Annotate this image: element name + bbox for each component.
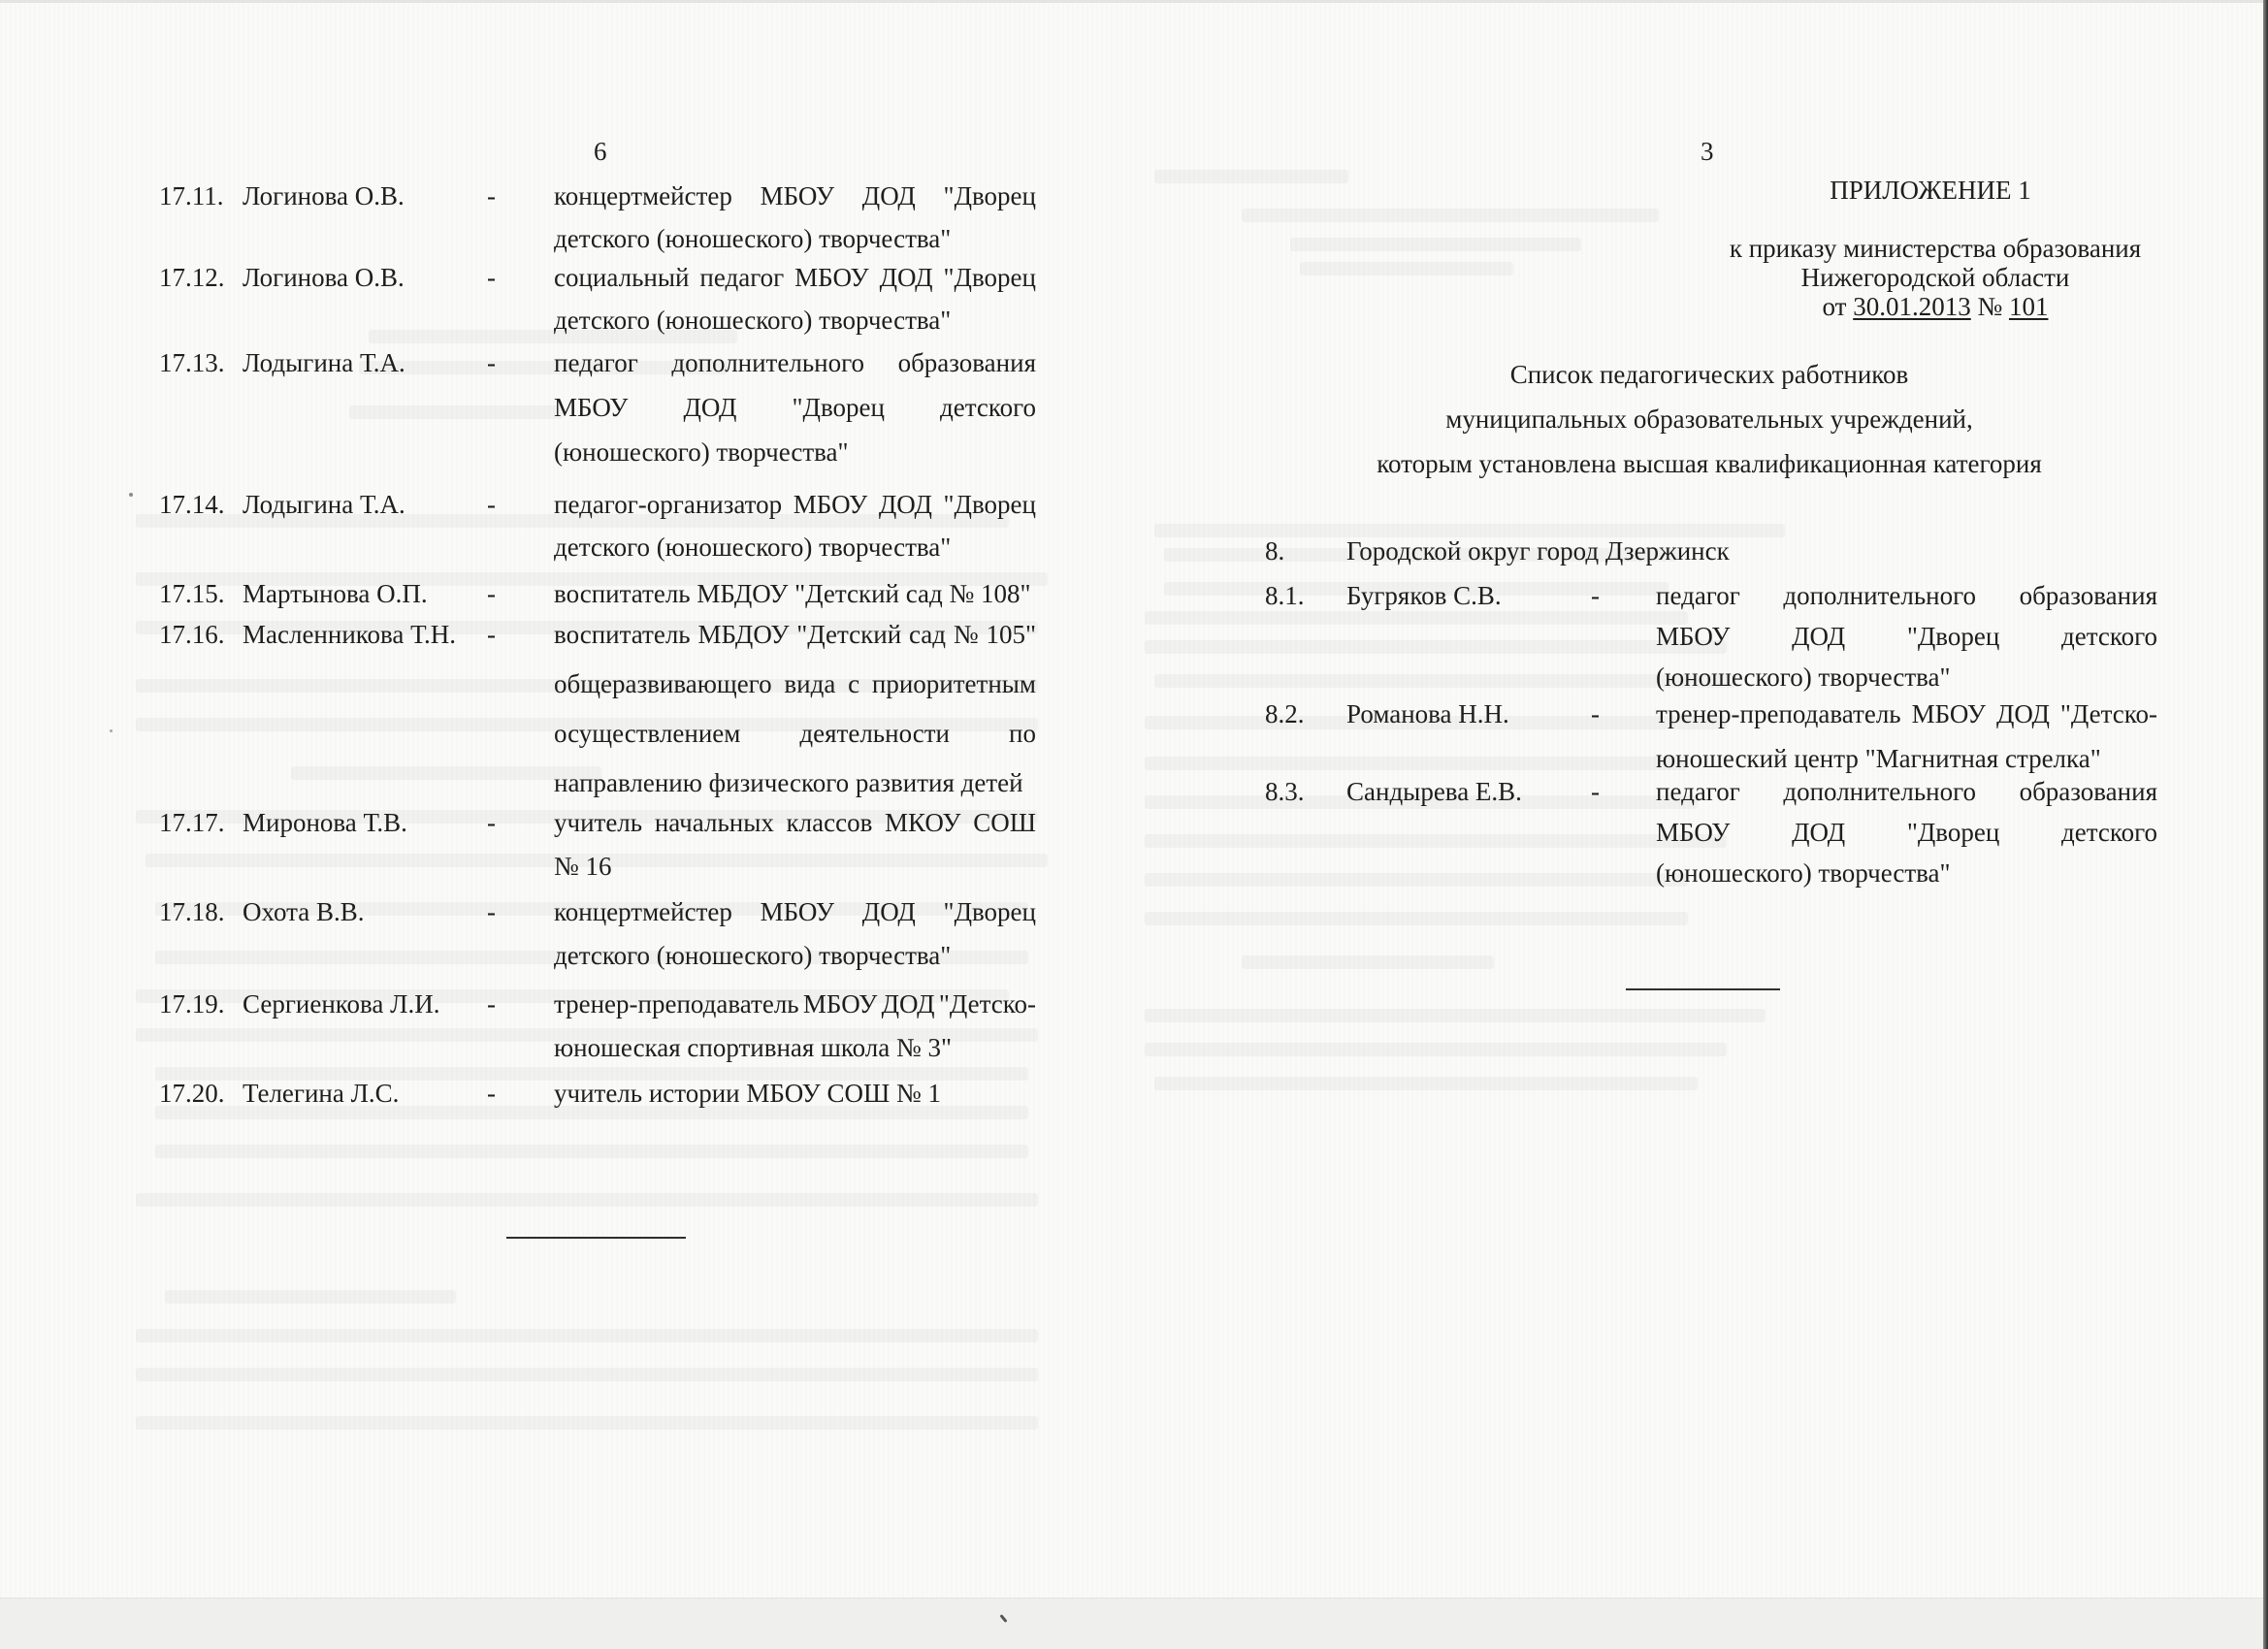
entry-person-name: Романова Н.Н.: [1346, 698, 1509, 729]
description-line: осуществлениемдеятельностипо: [554, 718, 1036, 749]
description-word: начальных: [655, 807, 774, 838]
description-word: деятельности: [799, 718, 950, 749]
description-word: с: [848, 668, 859, 699]
description-word: МБОУ: [1656, 621, 1730, 652]
description-line: педагогдополнительногообразования: [554, 347, 1036, 378]
description-line: воспитательМБДОУ"Детскийсад№105": [554, 619, 1036, 650]
scan-speck: [129, 493, 133, 497]
description-word: детского: [940, 392, 1036, 423]
description-word: ДОД: [880, 262, 933, 293]
entry-dash: -: [1591, 776, 1600, 807]
description-line: педагогдополнительногообразования: [1656, 580, 2157, 611]
ghost-line: [165, 1290, 456, 1304]
description-word: тренер-преподаватель: [1656, 698, 1901, 729]
ghost-line: [136, 1368, 1038, 1381]
description-word: "Дворец: [793, 392, 885, 423]
entry-number: 8.2.: [1265, 698, 1305, 729]
ghost-line: [1242, 209, 1659, 222]
entry-dash: -: [487, 619, 496, 650]
list-title-line2: муниципальных образовательных учреждений…: [1445, 404, 1973, 435]
entry-person-name: Мартынова О.П.: [243, 578, 428, 609]
entry-number: 17.20.: [159, 1078, 225, 1109]
description-word: вида: [784, 668, 835, 699]
description-word: "Дворец: [1907, 817, 1999, 848]
description-line: общеразвивающеговидасприоритетным: [554, 668, 1036, 699]
entry-person-name: Масленникова Т.Н.: [243, 619, 456, 650]
description-word: по: [1009, 718, 1036, 749]
ghost-line: [136, 1193, 1038, 1207]
description-word: концертмейстер: [554, 180, 732, 211]
ghost-line: [1154, 170, 1348, 183]
description-word: педагог: [699, 262, 784, 293]
description-word: образования: [2020, 776, 2157, 807]
description-word: ДОД: [879, 489, 932, 520]
entry-dash: -: [487, 896, 496, 927]
description-word: МБОУ: [554, 392, 628, 423]
list-title-line3: которым установлена высшая квалификацион…: [1377, 448, 2042, 479]
description-word: МБОУ: [794, 262, 868, 293]
order-prefix: от: [1823, 292, 1847, 321]
entry-person-name: Телегина Л.С.: [243, 1078, 399, 1109]
description-line: МБОУДОД"Дворецдетского: [554, 392, 1036, 423]
appendix-title: ПРИЛОЖЕНИЕ 1: [1830, 175, 2031, 206]
entry-dash: -: [487, 180, 496, 211]
description-line: детского (юношеского) творчества": [554, 532, 951, 563]
entry-number: 17.14.: [159, 489, 225, 520]
ghost-line: [1145, 611, 1688, 625]
description-word: 105": [986, 619, 1036, 650]
description-word: классов: [787, 807, 873, 838]
description-line: юношеский центр "Магнитная стрелка": [1656, 743, 2101, 774]
description-word: МКОУ: [885, 807, 960, 838]
entry-dash: -: [1591, 698, 1600, 729]
sheet-top-edge: [0, 0, 2263, 3]
left-page-number: 6: [594, 136, 607, 167]
description-word: ДОД: [882, 988, 935, 1019]
ghost-line: [1242, 955, 1494, 969]
entry-person-name: Сандырева Е.В.: [1346, 776, 1522, 807]
order-reference-line1: к приказу министерства образования: [1730, 233, 2141, 264]
ghost-line: [1145, 1009, 1766, 1022]
description-line: детского (юношеского) творчества": [554, 223, 951, 254]
description-word: педагог: [1656, 580, 1740, 611]
ghost-line: [1145, 873, 1688, 887]
ghost-line: [1145, 757, 1688, 770]
entry-number: 17.11.: [159, 180, 224, 211]
description-word: образования: [2020, 580, 2157, 611]
description-line: воспитатель МБДОУ "Детский сад № 108": [554, 578, 1031, 609]
description-word: концертмейстер: [554, 896, 732, 927]
description-line: детского (юношеского) творчества": [554, 940, 951, 971]
left-end-divider: [506, 1237, 686, 1239]
entry-number: 8.1.: [1265, 580, 1305, 611]
ghost-line: [1145, 834, 1727, 848]
description-word: дополнительного: [1783, 776, 1976, 807]
description-word: социальный: [554, 262, 689, 293]
description-line: направлению физического развития детей: [554, 767, 1023, 798]
description-word: ДОД: [683, 392, 736, 423]
description-word: общеразвивающего: [554, 668, 772, 699]
scanner-bottom-band: [0, 1598, 2263, 1649]
entry-number: 17.18.: [159, 896, 225, 927]
entry-person-name: Миронова Т.В.: [243, 807, 407, 838]
section-title: Городской округ город Дзержинск: [1346, 535, 1730, 566]
list-title-line1: Список педагогических работников: [1510, 359, 1909, 390]
entry-person-name: Охота В.В.: [243, 896, 365, 927]
scan-speck: [110, 729, 113, 732]
description-line: учительначальныхклассовМКОУСОШ: [554, 807, 1036, 838]
order-number-sign: №: [1977, 292, 2002, 321]
entry-person-name: Сергиенкова Л.И.: [243, 988, 439, 1019]
entry-person-name: Бугряков С.В.: [1346, 580, 1502, 611]
description-word: ДОД: [862, 896, 916, 927]
ghost-line: [1145, 1043, 1727, 1056]
description-word: "Дворец: [944, 896, 1036, 927]
description-word: "Дворец: [944, 489, 1036, 520]
description-word: детского: [2061, 817, 2157, 848]
entry-number: 17.12.: [159, 262, 225, 293]
entry-person-name: Логинова О.В.: [243, 180, 405, 211]
description-word: МБОУ: [1656, 817, 1730, 848]
description-word: ДОД: [1792, 817, 1845, 848]
entry-number: 17.17.: [159, 807, 225, 838]
description-word: "Дворец: [944, 262, 1036, 293]
description-line: юношеская спортивная школа № 3": [554, 1032, 952, 1063]
description-word: педагог-организатор: [554, 489, 782, 520]
description-word: приоритетным: [872, 668, 1036, 699]
description-line: МБОУДОД"Дворецдетского: [1656, 621, 2157, 652]
entry-person-name: Лодыгина Т.А.: [243, 347, 405, 378]
description-word: МБОУ: [761, 180, 834, 211]
description-word: учитель: [554, 807, 642, 838]
entry-dash: -: [487, 489, 496, 520]
description-line: учитель истории МБОУ СОШ № 1: [554, 1078, 941, 1109]
ghost-line: [1300, 262, 1513, 275]
description-word: МБОУ: [803, 988, 877, 1019]
description-line: концертмейстерМБОУДОД"Дворец: [554, 180, 1036, 211]
description-word: ДОД: [862, 180, 916, 211]
ghost-line: [1154, 674, 1736, 688]
entry-dash: -: [487, 807, 496, 838]
description-line: (юношеского) творчества": [1656, 662, 1951, 693]
description-word: МБОУ: [761, 896, 834, 927]
description-line: МБОУДОД"Дворецдетского: [1656, 817, 2157, 848]
description-word: образования: [898, 347, 1036, 378]
entry-dash: -: [487, 578, 496, 609]
entry-dash: -: [487, 347, 496, 378]
ghost-line: [155, 1145, 1028, 1158]
description-word: МБОУ: [794, 489, 867, 520]
right-page-number: 3: [1701, 136, 1714, 167]
description-word: ДОД: [1792, 621, 1845, 652]
entry-dash: -: [487, 988, 496, 1019]
description-word: ДОД: [1996, 698, 2050, 729]
description-line: детского (юношеского) творчества": [554, 305, 951, 336]
description-word: "Дворец: [944, 180, 1036, 211]
ghost-line: [349, 405, 563, 419]
description-word: дополнительного: [1783, 580, 1976, 611]
order-date-number: от 30.01.2013 № 101: [1823, 291, 2049, 322]
ghost-line: [1145, 912, 1688, 925]
description-line: (юношеского) творчества": [1656, 857, 1951, 889]
description-word: педагог: [1656, 776, 1740, 807]
description-word: воспитатель: [554, 619, 691, 650]
order-date: 30.01.2013: [1853, 292, 1971, 321]
description-word: №: [954, 619, 979, 650]
description-word: МБОУ: [1912, 698, 1986, 729]
ghost-line: [136, 1416, 1038, 1430]
description-line: тренер-преподавательМБОУДОД"Детско-: [554, 988, 1036, 1019]
description-line: № 16: [554, 851, 612, 882]
ghost-line: [1154, 1077, 1698, 1090]
right-end-divider: [1626, 988, 1780, 990]
description-line: тренер-преподавательМБОУДОД"Детско-: [1656, 698, 2157, 729]
entry-dash: -: [1591, 580, 1600, 611]
entry-number: 17.13.: [159, 347, 225, 378]
description-word: "Детско-: [939, 988, 1036, 1019]
description-word: "Детский: [796, 619, 901, 650]
description-word: тренер-преподаватель: [554, 988, 799, 1019]
description-word: СОШ: [973, 807, 1036, 838]
ghost-line: [1145, 640, 1727, 654]
description-word: педагог: [554, 347, 638, 378]
description-word: "Детско-: [2060, 698, 2157, 729]
description-line: социальныйпедагогМБОУДОД"Дворец: [554, 262, 1036, 293]
entry-person-name: Лодыгина Т.А.: [243, 489, 405, 520]
ghost-line: [136, 1329, 1038, 1342]
ghost-line: [1290, 238, 1581, 251]
entry-number: 17.15.: [159, 578, 225, 609]
description-line: концертмейстерМБОУДОД"Дворец: [554, 896, 1036, 927]
scanner-right-edge: [2263, 0, 2268, 1649]
description-word: осуществлением: [554, 718, 740, 749]
section-number: 8.: [1265, 535, 1284, 566]
description-word: сад: [909, 619, 946, 650]
entry-person-name: Логинова О.В.: [243, 262, 405, 293]
entry-number: 17.16.: [159, 619, 225, 650]
description-word: "Дворец: [1907, 621, 1999, 652]
description-line: (юношеского) творчества": [554, 436, 849, 468]
description-word: дополнительного: [671, 347, 864, 378]
entry-dash: -: [487, 262, 496, 293]
order-number: 101: [2009, 292, 2049, 321]
entry-number: 17.19.: [159, 988, 225, 1019]
description-line: педагог-организаторМБОУДОД"Дворец: [554, 489, 1036, 520]
description-word: детского: [2061, 621, 2157, 652]
entry-dash: -: [487, 1078, 496, 1109]
entry-number: 8.3.: [1265, 776, 1305, 807]
order-reference-line2: Нижегородской области: [1801, 262, 2070, 293]
description-line: педагогдополнительногообразования: [1656, 776, 2157, 807]
description-word: МБДОУ: [697, 619, 789, 650]
